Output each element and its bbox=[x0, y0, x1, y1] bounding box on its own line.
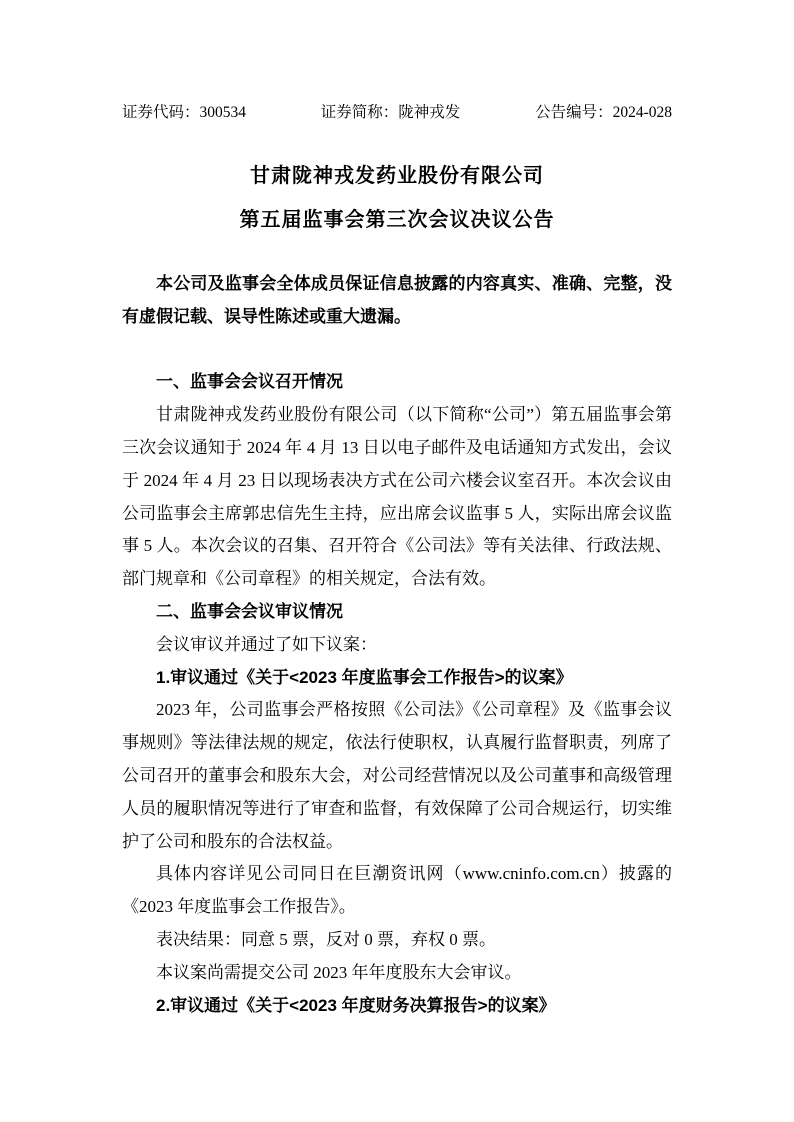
document-body: 本公司及监事会全体成员保证信息披露的内容真实、准确、完整，没有虚假记载、误导性陈… bbox=[122, 268, 672, 1022]
disclaimer-statement: 本公司及监事会全体成员保证信息披露的内容真实、准确、完整，没有虚假记载、误导性陈… bbox=[122, 268, 672, 334]
stock-short-name: 证券简称：陇神戎发 bbox=[321, 103, 461, 123]
section2-heading: 二、监事会会议审议情况 bbox=[122, 596, 672, 629]
document-header: 证券代码：300534 证券简称：陇神戎发 公告编号：2024-028 bbox=[122, 103, 672, 123]
section1-paragraph: 甘肃陇神戎发药业股份有限公司（以下简称“公司”）第五届监事会第三次会议通知于 2… bbox=[122, 399, 672, 596]
item1-note: 本议案尚需提交公司 2023 年年度股东大会审议。 bbox=[122, 957, 672, 990]
item2-heading: 2.审议通过《关于<2023 年度财务决算报告>的议案》 bbox=[122, 990, 672, 1023]
section2-intro: 会议审议并通过了如下议案： bbox=[122, 629, 672, 662]
stock-code: 证券代码：300534 bbox=[122, 103, 246, 123]
item1-disclosure-paragraph: 具体内容详见公司同日在巨潮资讯网（www.cninfo.com.cn）披露的《2… bbox=[122, 858, 672, 924]
announcement-number: 公告编号：2024-028 bbox=[535, 103, 672, 123]
announcement-page: 证券代码：300534 证券简称：陇神戎发 公告编号：2024-028 甘肃陇神… bbox=[0, 0, 794, 1122]
item1-heading: 1.审议通过《关于<2023 年度监事会工作报告>的议案》 bbox=[122, 662, 672, 695]
section1-heading: 一、监事会会议召开情况 bbox=[122, 366, 672, 399]
item1-detail-paragraph: 2023 年，公司监事会严格按照《公司法》《公司章程》及《监事会议事规则》等法律… bbox=[122, 694, 672, 858]
company-name-title: 甘肃陇神戎发药业股份有限公司 bbox=[0, 163, 794, 189]
announcement-title: 第五届监事会第三次会议决议公告 bbox=[0, 207, 794, 233]
item1-vote-result: 表决结果：同意 5 票，反对 0 票，弃权 0 票。 bbox=[122, 924, 672, 957]
